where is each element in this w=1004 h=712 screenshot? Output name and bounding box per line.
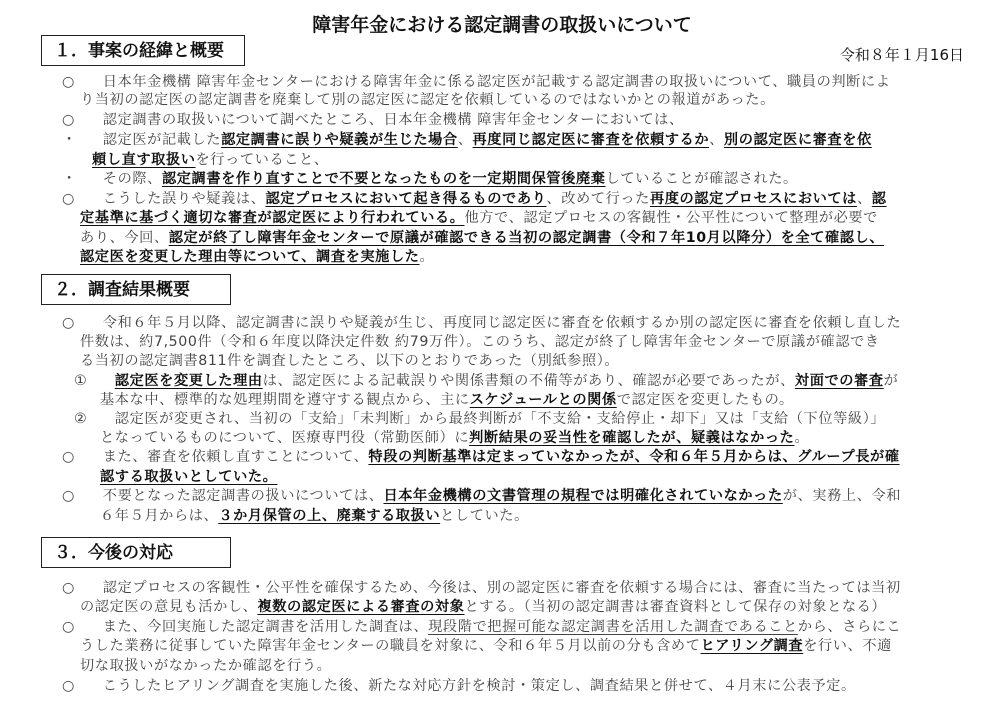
emphasis-text: 認 (872, 191, 887, 207)
document-date: 令和８年１月16日 (840, 44, 964, 65)
text-line: ② 認定医が変更され、当初の「支給」「未判断」から最終判断が「不支給・支給停止・… (74, 410, 885, 428)
text-line: 頼し直す取扱いを行っていること、 (92, 151, 329, 169)
body-text: となっているものについて、医療専門役（常勤医師）に (100, 430, 469, 446)
text-line: ○ こうした誤りや疑義は、認定プロセスにおいて起き得るものであり、改めて行った再… (62, 190, 887, 208)
emphasis-text: 別の認定医に審査を依 (724, 132, 872, 148)
text-line: ○ こうしたヒアリング調査を実施した後、新たな対応方針を検討・策定し、調査結果と… (62, 677, 856, 695)
body-text: 、 (458, 132, 473, 148)
text-line: ○ また、審査を依頼し直すことについて、特段の判断基準は定まっていなかったが、令… (62, 448, 900, 466)
body-text: を行い、不適 (803, 638, 892, 654)
bullet-marker: ○ (62, 579, 88, 597)
text-line: ○ また、今回実施した認定調書を活用した調査は、現段階で把握可能な認定調書を活用… (62, 618, 901, 636)
body-text: で認定医を変更したもの。 (617, 392, 794, 408)
text-line: の認定医の意見も活かし、複数の認定医による審査の対象とする。（当初の認定調書は審… (80, 598, 886, 616)
emphasis-text: 対面での審査 (795, 373, 884, 389)
body-text: 件数は、約7,500件（令和６年度以降決定件数 約79万件）。このうち、認定が終… (80, 334, 880, 350)
body-text: こうしたヒアリング調査を実施した後、新たな対応方針を検討・策定し、調査結果と併せ… (88, 678, 856, 694)
body-text: が (884, 373, 899, 389)
body-text: としていた。 (440, 508, 529, 524)
emphasis-text: 認定プロセスにおいて起き得るものであり (265, 191, 546, 207)
body-text: は、認定医による記載誤りや関係書類の不備等があり、確認が必要であったが、 (263, 373, 795, 389)
body-text: とする。（当初の認定調書は審査資料として保存の対象となる） (464, 599, 886, 615)
text-line: り当初の認定医の認定調書を廃棄して別の認定医に認定を依頼しているのではないかとの… (80, 91, 775, 109)
body-text: る当初の認定調書811件を調査したところ、以下のとおりであった（別紙参照）。 (80, 353, 619, 369)
text-line: 件数は、約7,500件（令和６年度以降決定件数 約79万件）。このうち、認定が終… (80, 333, 880, 351)
document-title: 障害年金における認定調書の取扱いについて (0, 10, 1004, 37)
text-line: ○ 日本年金機構 障害年金センターにおける障害年金に係る認定医が記載する認定調書… (62, 73, 891, 91)
bullet-marker: ○ (62, 111, 88, 129)
emphasis-text: 認定調書に誤りや疑義が生じた場合 (221, 132, 458, 148)
text-line: うした業務に従事していた障害年金センターの職員を対象に、令和６年５月以前の分も含… (80, 637, 892, 655)
body-text: が、実務上、令和 (783, 488, 901, 504)
emphasis-text: 認定医を変更した理由 (115, 373, 263, 389)
body-text: うした業務に従事していた障害年金センターの職員を対象に、令和６年５月以前の分も含… (80, 638, 701, 654)
text-line: ① 認定医を変更した理由は、認定医による記載誤りや関係書類の不備等があり、確認が… (74, 372, 898, 390)
text-line: ・ 認定医が記載した認定調書に誤りや疑義が生じた場合、再度同じ認定医に審査を依頼… (62, 131, 872, 149)
text-line: る当初の認定調書811件を調査したところ、以下のとおりであった（別紙参照）。 (80, 352, 619, 370)
emphasis-text: ３か月保管の上、廃棄する取扱い (218, 508, 440, 524)
body-text: 令和６年５月以降、認定調書に誤りや疑義が生じ、再度同じ認定医に審査を依頼するか別… (88, 315, 901, 331)
body-text (100, 373, 115, 389)
emphasis-text: 認定が終了し障害年金センターで原議が確認できる当初の認定調書（令和７年10月以降… (169, 230, 884, 246)
body-text: その際、 (88, 171, 162, 187)
body-text: から、さらにこ (798, 619, 902, 635)
text-line: あり、今回、認定が終了し障害年金センターで原議が確認できる当初の認定調書（令和７… (80, 229, 884, 247)
text-line: ６年５月からは、３か月保管の上、廃棄する取扱いとしていた。 (100, 507, 529, 525)
body-text: また、審査を依頼し直すことについて、 (88, 449, 368, 465)
emphasis-text: 定基準に基づく適切な審査が認定医により行われている。 (80, 210, 464, 226)
bullet-marker: ① (74, 372, 100, 390)
underlined-text: 現段階で把握可能な認定調書を活用した調査であること (428, 619, 798, 635)
body-text: 、 (857, 191, 872, 207)
text-line: ○ 令和６年５月以降、認定調書に誤りや疑義が生じ、再度同じ認定医に審査を依頼する… (62, 314, 901, 332)
body-text: 。 (794, 430, 809, 446)
section-heading-2: ２．調査結果概要 (41, 274, 231, 305)
emphasis-text: 再度同じ認定医に審査を依頼するか (473, 132, 710, 148)
emphasis-text: ヒアリング調査 (701, 638, 804, 654)
body-text: 認定調書の取扱いについて調べたところ、日本年金機構 障害年金センターにおいては、 (88, 112, 684, 128)
body-text: 認定プロセスの客観性・公平性を確保するため、今後は、別の認定医に審査を依頼する場… (88, 580, 901, 596)
body-text: 認定医が変更され、当初の「支給」「未判断」から最終判断が「不支給・支給停止・却下… (100, 411, 885, 427)
body-text: 。 (420, 249, 435, 265)
text-line: 基本な中、標準的な処理期間を遵守する観点から、主にスケジュールとの関係で認定医を… (100, 391, 794, 409)
text-line: 定基準に基づく適切な審査が認定医により行われている。他方で、認定プロセスの客観性… (80, 209, 878, 227)
body-text: の認定医の意見も活かし、 (80, 599, 257, 615)
section-heading-1: １．事案の経緯と概要 (41, 35, 245, 66)
emphasis-text: 日本年金機構の文書管理の規程では明確化されていなかった (383, 488, 782, 504)
emphasis-text: 再度の認定プロセスにおいては (650, 191, 857, 207)
emphasis-text: 認定調書を作り直すことで不要となったものを一定期間保管後廃棄 (162, 171, 606, 187)
body-text: 他方で、認定プロセスの客観性・公平性について整理が必要で (464, 210, 877, 226)
bullet-marker: ○ (62, 618, 88, 636)
bullet-marker: ② (74, 410, 100, 428)
body-text: していることが確認された。 (606, 171, 798, 187)
bullet-marker: ・ (62, 170, 88, 188)
emphasis-text: スケジュールとの関係 (470, 392, 617, 408)
bullet-marker: ○ (62, 314, 88, 332)
text-line: ○ 認定プロセスの客観性・公平性を確保するため、今後は、別の認定医に審査を依頼す… (62, 579, 901, 597)
body-text: また、今回実施した認定調書を活用した調査は、 (88, 619, 428, 635)
emphasis-text: 頼し直す取扱い (92, 152, 196, 168)
emphasis-text: 判断結果の妥当性を確認したが、疑義はなかった (469, 430, 794, 446)
text-line: ○ 認定調書の取扱いについて調べたところ、日本年金機構 障害年金センターにおいて… (62, 111, 684, 129)
body-text: 、改めて行った (546, 191, 650, 207)
bullet-marker: ○ (62, 677, 88, 695)
body-text: ６年５月からは、 (100, 508, 218, 524)
text-line: 認定医を変更した理由等について、調査を実施した。 (80, 248, 434, 266)
text-line: 認する取扱いとしていた。 (100, 468, 277, 486)
text-line: ・ その際、認定調書を作り直すことで不要となったものを一定期間保管後廃棄している… (62, 170, 798, 188)
bullet-marker: ○ (62, 190, 88, 208)
emphasis-text: 特段の判断基準は定まっていなかったが、令和６年５月からは、グループ長が確 (368, 449, 899, 465)
body-text: 切な取扱いがなかったか確認を行う。 (80, 658, 331, 674)
body-text: り当初の認定医の認定調書を廃棄して別の認定医に認定を依頼しているのではないかとの… (80, 92, 775, 108)
body-text: 、 (709, 132, 724, 148)
body-text: 認定医が記載した (88, 132, 221, 148)
bullet-marker: ○ (62, 487, 88, 505)
emphasis-text: 認定医を変更した理由等について、調査を実施した (80, 249, 420, 265)
body-text: こうした誤りや疑義は、 (88, 191, 265, 207)
text-line: となっているものについて、医療専門役（常勤医師）に判断結果の妥当性を確認したが、… (100, 429, 809, 447)
text-line: 切な取扱いがなかったか確認を行う。 (80, 657, 331, 675)
body-text: 日本年金機構 障害年金センターにおける障害年金に係る認定医が記載する認定調書の取… (88, 74, 891, 90)
bullet-marker: ○ (62, 448, 88, 466)
bullet-marker: ○ (62, 73, 88, 91)
section-heading-3: ３．今後の対応 (41, 537, 231, 568)
emphasis-text: 認する取扱いとしていた。 (100, 469, 277, 485)
body-text: 不要となった認定調書の扱いについては、 (88, 488, 383, 504)
body-text: 基本な中、標準的な処理期間を遵守する観点から、主に (100, 392, 470, 408)
bullet-marker: ・ (62, 131, 88, 149)
emphasis-text: 複数の認定医による審査の対象 (257, 599, 464, 615)
body-text: あり、今回、 (80, 230, 169, 246)
body-text: を行っていること、 (196, 152, 329, 168)
text-line: ○ 不要となった認定調書の扱いについては、日本年金機構の文書管理の規程では明確化… (62, 487, 901, 505)
